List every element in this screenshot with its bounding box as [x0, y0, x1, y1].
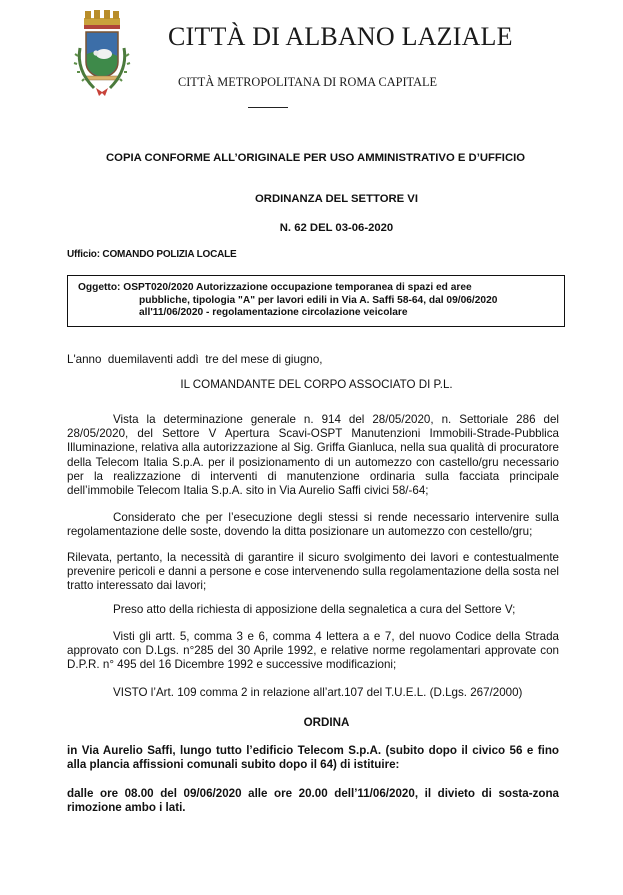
ordinance-title: ORDINANZA DEL SETTORE VI — [0, 193, 623, 205]
office-label: Ufficio: COMANDO POLIZIA LOCALE — [67, 249, 237, 260]
order-location-paragraph: in Via Aurelio Saffi, lungo tutto l’edif… — [67, 744, 559, 772]
order-heading: ORDINA — [0, 716, 623, 729]
metropolitan-city-subtitle: CITTÀ METROPOLITANA DI ROMA CAPITALE — [178, 75, 437, 90]
ordinance-number: N. 62 DEL 03-06-2020 — [0, 222, 623, 234]
subject-line-2: pubbliche, tipologia "A" per lavori edil… — [139, 295, 497, 306]
city-title: CITTÀ DI ALBANO LAZIALE — [168, 22, 513, 52]
paragraph-considerato: Considerato che per l’esecuzione degli s… — [67, 511, 559, 539]
date-line: L'anno duemilaventi addì tre del mese di… — [67, 353, 323, 366]
authority-heading: IL COMANDANTE DEL CORPO ASSOCIATO DI P.L… — [0, 378, 623, 391]
paragraph-rilevata: Rilevata, pertanto, la necessità di gara… — [67, 551, 559, 594]
coat-of-arms-icon — [72, 8, 132, 98]
paragraph-visto-tuel: VISTO l’Art. 109 comma 2 in relazione al… — [67, 686, 559, 700]
order-time-paragraph: dalle ore 08.00 del 09/06/2020 alle ore … — [67, 787, 559, 815]
header-divider — [248, 107, 288, 108]
paragraph-vista: Vista la determinazione generale n. 914 … — [67, 413, 559, 498]
subject-line-1: OSPT020/2020 Autorizzazione occupazione … — [123, 282, 471, 293]
paragraph-preso-atto: Preso atto della richiesta di apposizion… — [67, 603, 559, 617]
subject-line-3: all'11/06/2020 - regolamentazione circol… — [139, 307, 408, 318]
certified-copy-note: COPIA CONFORME ALL’ORIGINALE PER USO AMM… — [106, 152, 525, 164]
paragraph-visti: Visti gli artt. 5, comma 3 e 6, comma 4 … — [67, 630, 559, 673]
subject-label: Oggetto: — [78, 282, 120, 295]
subject-box: Oggetto: OSPT020/2020 Autorizzazione occ… — [67, 275, 565, 327]
subject-text: Oggetto: OSPT020/2020 Autorizzazione occ… — [78, 282, 497, 320]
